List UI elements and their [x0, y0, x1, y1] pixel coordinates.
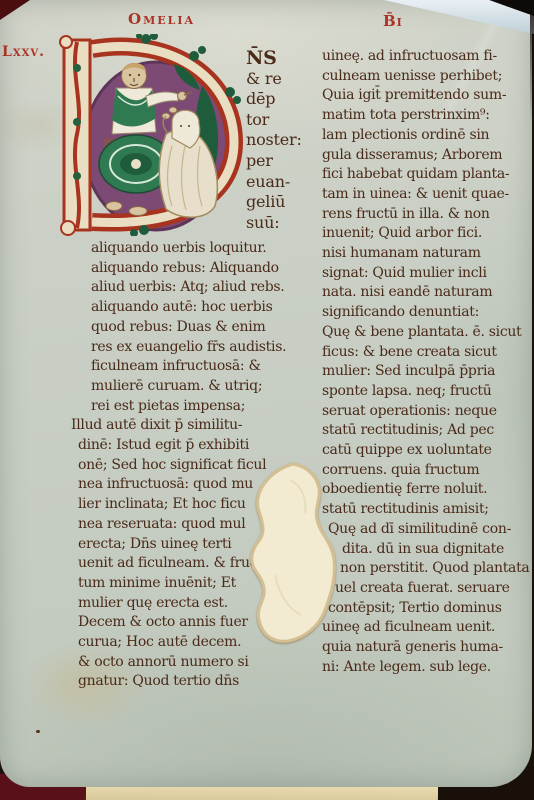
text-line: aliud uerbis: Atq; aliud rebs. — [91, 278, 292, 298]
text-line: aliquando rebus: Aliquando — [91, 259, 292, 279]
text-line: lam plectionis ordinē sin — [322, 126, 530, 146]
text-line: inuenit; Quid arbor fici. — [322, 224, 530, 244]
folio-mark: B̄i — [383, 12, 403, 30]
incipit-line: N̄S — [246, 48, 306, 69]
text-line: uineę. ad infructuosam fi- — [322, 47, 530, 67]
text-line: uel creata fuerat. seruare — [335, 579, 530, 599]
text-line: res ex euangelio fr̄s audistis. — [91, 338, 292, 358]
text-line: Quia igit̄ premittendo sum- — [322, 86, 530, 106]
text-line: gnatur: Quod tertio dn̄s — [78, 672, 292, 692]
incipit-line: per — [246, 151, 306, 172]
incipit-line: geliū — [246, 192, 306, 213]
incipit-line: dēp — [246, 89, 306, 110]
manuscript-photo: Omelia B̄i Lxxv. — [0, 0, 534, 800]
text-line: aliquando uerbis loquitur. — [91, 239, 292, 259]
ink-speck — [36, 730, 40, 733]
text-line: quod rebus: Duas & enim — [91, 318, 292, 338]
text-line: non perstitit. Quod plantata — [340, 559, 530, 579]
text-line: ficus: & bene creata sicut — [322, 343, 530, 363]
text-line: matim tota perstrinxim⁹: — [322, 106, 530, 126]
text-line: mulierē curuam. & utriq; — [91, 377, 292, 397]
text-line: dita. dū in sua dignitate — [342, 540, 530, 560]
incipit-line: euan- — [246, 172, 306, 193]
text-line: fici habebat quidam planta- — [322, 165, 530, 185]
text-line: ficulneam infructuosā: & — [91, 357, 292, 377]
text-line: gula disseramus; Arborem — [322, 146, 530, 166]
text-line: nata. nisi eandē naturam — [322, 283, 530, 303]
text-line: mulier: Sed inculpā p̄pria — [322, 362, 530, 382]
parchment-hole — [235, 425, 355, 665]
illuminated-initial-d — [54, 34, 244, 236]
incipit-line: noster: — [246, 130, 306, 151]
text-line: significando denuntiat: — [322, 303, 530, 323]
text-line: aliquando autē: hoc uerbis — [91, 298, 292, 318]
text-line: Quę & bene plantata. ē. sicut — [322, 323, 530, 343]
parchment-page: Omelia B̄i Lxxv. — [0, 0, 532, 787]
incipit-line: & re — [246, 69, 306, 90]
text-line: Quę ad dī similitudinē con- — [328, 520, 530, 540]
text-line: rens fructū in illa. & non — [322, 205, 530, 225]
page-edge-shadow — [530, 14, 534, 124]
running-title: Omelia — [128, 10, 195, 28]
incipit-line: suū: — [246, 213, 306, 234]
text-line: rei est pietas impensa; — [91, 397, 292, 417]
margin-homily-number: Lxxv. — [2, 44, 45, 60]
text-line: signat: Quid mulier incli — [322, 264, 530, 284]
text-line: nisi humanam naturam — [322, 244, 530, 264]
text-line: tam in uinea: & uenit quae- — [322, 185, 530, 205]
text-line: culneam uenisse perhibet; — [322, 67, 530, 87]
incipit-text: N̄S& redēptornoster:pereuan-geliūsuū: — [246, 48, 306, 233]
incipit-line: tor — [246, 110, 306, 131]
text-line: sponte lapsa. neq; fructū — [322, 382, 530, 402]
text-line: seruat operationis: neque — [322, 402, 530, 422]
text-line: contēpsit; Tertio dominus — [328, 599, 530, 619]
